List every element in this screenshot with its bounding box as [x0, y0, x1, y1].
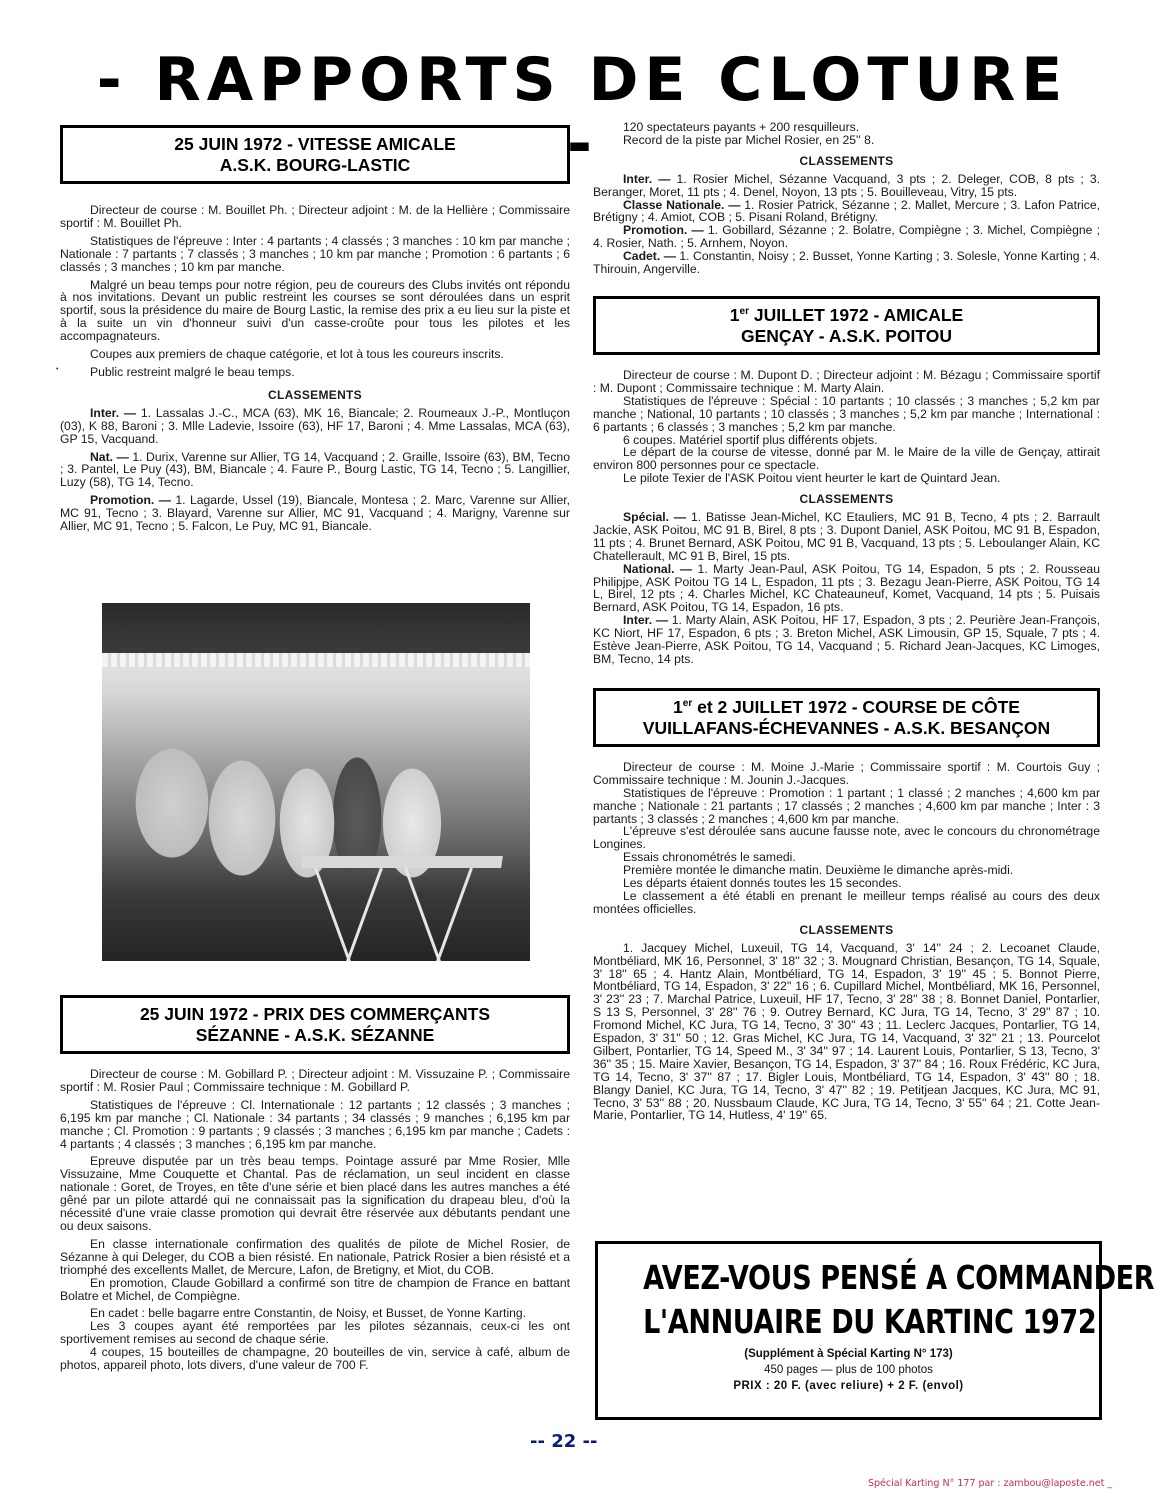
classement-category: National. — [623, 562, 692, 576]
classement-results: 1. Rosier Michel, Sézanne Vacquand, 3 pt… [593, 172, 1100, 199]
report-paragraph: Le pilote Texier de l'ASK Poitou vient h… [593, 472, 1100, 485]
report-paragraph: Malgré un beau temps pour notre région, … [60, 279, 570, 344]
statistics-paragraph: Statistiques de l'épreuve : Spécial : 10… [593, 395, 1100, 434]
classement-category: Nat. — [90, 450, 129, 464]
report-paragraph: L'épreuve s'est déroulée sans aucune fau… [593, 825, 1100, 851]
classements-heading: CLASSEMENTS [60, 389, 570, 402]
photo-roof-detail [102, 653, 530, 667]
page-title: - RAPPORTS DE CLOTURE - [95, 48, 1070, 112]
event-header-box: 1er et 2 JUILLET 1972 - COURSE DE CÔTE V… [593, 688, 1100, 747]
statistics-paragraph: Statistiques de l'épreuve : Cl. Internat… [60, 1099, 570, 1151]
classement-category: Promotion. — [623, 223, 704, 237]
event-bourg-lastic: 25 JUIN 1972 - VITESSE AMICALE A.S.K. BO… [60, 125, 570, 533]
event-header-line1: 1er et 2 JUILLET 1972 - COURSE DE CÔTE [600, 697, 1093, 718]
classement-results: 1. Marty Alain, ASK Poitou, HF 17, Espad… [593, 613, 1100, 666]
group-photo [102, 603, 530, 961]
photo-table-leg [404, 868, 443, 961]
classement-entry: Classe Nationale. — 1. Rosier Patrick, S… [593, 199, 1100, 225]
right-column: 120 spectateurs payants + 200 resquilleu… [593, 121, 1100, 1122]
page-number: -- 22 -- [530, 1431, 630, 1452]
report-paragraph: Epreuve disputée par un très beau temps.… [60, 1155, 570, 1232]
event-header-line2: VUILLAFANS-ÉCHEVANNES - A.S.K. BESANÇON [600, 718, 1093, 739]
event-header-box: 25 JUIN 1972 - PRIX DES COMMERÇANTS SÉZA… [60, 995, 570, 1054]
classement-entry: Inter. — 1. Marty Alain, ASK Poitou, HF … [593, 614, 1100, 666]
event-gencay: 1er JUILLET 1972 - AMICALE GENÇAY - A.S.… [593, 296, 1100, 666]
event-header-box: 1er JUILLET 1972 - AMICALE GENÇAY - A.S.… [593, 296, 1100, 355]
report-paragraph: Record de la piste par Michel Rosier, en… [593, 134, 1100, 147]
officials-paragraph: Directeur de course : M. Gobillard P. ; … [60, 1068, 570, 1094]
classement-entry: Inter. — 1. Rosier Michel, Sézanne Vacqu… [593, 173, 1100, 199]
report-paragraph: 4 coupes, 15 bouteilles de champagne, 20… [60, 1346, 570, 1372]
event-vuillafans: 1er et 2 JUILLET 1972 - COURSE DE CÔTE V… [593, 688, 1100, 1122]
classement-category: Spécial. — [623, 510, 686, 524]
statistics-paragraph: Statistiques de l'épreuve : Inter : 4 pa… [60, 235, 570, 274]
margin-mark: • [56, 366, 58, 373]
photo-table-leg [314, 868, 353, 961]
event-body: Directeur de course : M. Bouillet Ph. ; … [60, 204, 570, 533]
officials-paragraph: Directeur de course : M. Bouillet Ph. ; … [60, 204, 570, 230]
officials-paragraph: Directeur de course : M. Dupont D. ; Dir… [593, 369, 1100, 395]
event-sezanne-continued: 120 spectateurs payants + 200 resquilleu… [593, 121, 1100, 276]
left-column: 25 JUIN 1972 - VITESSE AMICALE A.S.K. BO… [60, 125, 570, 533]
classement-entry: Cadet. — 1. Constantin, Noisy ; 2. Busse… [593, 250, 1100, 276]
event-body: Directeur de course : M. Gobillard P. ; … [60, 1068, 570, 1372]
classement-category: Inter. — [623, 172, 670, 186]
classements-heading: CLASSEMENTS [593, 924, 1100, 937]
event-header-line1: 25 JUIN 1972 - PRIX DES COMMERÇANTS [67, 1004, 563, 1025]
classement-category: Cadet. — [623, 249, 676, 263]
statistics-paragraph: Statistiques de l'épreuve : Promotion : … [593, 787, 1100, 826]
report-paragraph: Le départ de la course de vitesse, donné… [593, 446, 1100, 472]
classement-category: Inter. — [90, 406, 136, 420]
photo-table-detail [301, 856, 503, 868]
ad-supplement-note: (Supplément à Spécial Karting N° 173) [598, 1348, 1099, 1360]
event-header-line2: A.S.K. BOURG-LASTIC [67, 155, 563, 176]
report-paragraph: Le classement a été établi en prenant le… [593, 890, 1100, 916]
footer-credit: Spécial Karting N° 177 par : zambou@lapo… [868, 1478, 1112, 1489]
classement-entry: Spécial. — 1. Batisse Jean-Michel, KC Et… [593, 511, 1100, 563]
event-header-line2: SÉZANNE - A.S.K. SÉZANNE [67, 1025, 563, 1046]
classement-category: Inter. — [623, 613, 668, 627]
report-paragraph: En promotion, Claude Gobillard a confirm… [60, 1277, 570, 1303]
report-paragraph: Les 3 coupes ayant été remportées par le… [60, 1320, 570, 1346]
classements-heading: CLASSEMENTS [593, 155, 1100, 168]
classement-entry: Promotion. — 1. Lagarde, Ussel (19), Bia… [60, 494, 570, 533]
classement-results: 1. Lassalas J.-C., MCA (63), MK 16, Bian… [60, 406, 570, 446]
report-paragraph: Public restreint malgré le beau temps. [60, 366, 570, 379]
event-header-box: 25 JUIN 1972 - VITESSE AMICALE A.S.K. BO… [60, 125, 570, 184]
classement-category: Classe Nationale. — [623, 198, 740, 212]
ad-headline-line1: AVEZ-VOUS PENSÉ A COMMANDER [643, 1256, 1054, 1300]
event-header-line1: 25 JUIN 1972 - VITESSE AMICALE [67, 134, 563, 155]
photo-table-leg [344, 868, 383, 961]
classement-results: 1. Jacquey Michel, Luxeuil, TG 14, Vacqu… [593, 942, 1100, 1123]
classements-heading: CLASSEMENTS [593, 493, 1100, 506]
event-header-line1: 1er JUILLET 1972 - AMICALE [600, 305, 1093, 326]
classement-results: 1. Durix, Varenne sur Allier, TG 14, Vac… [60, 450, 570, 490]
event-body: Directeur de course : M. Moine J.-Marie … [593, 761, 1100, 1122]
classement-entry: Inter. — 1. Lassalas J.-C., MCA (63), MK… [60, 407, 570, 446]
event-header-line2: GENÇAY - A.S.K. POITOU [600, 326, 1093, 347]
ad-price: PRIX : 20 F. (avec reliure) + 2 F. (envo… [598, 1380, 1099, 1392]
officials-paragraph: Directeur de course : M. Moine J.-Marie … [593, 761, 1100, 787]
report-paragraph: En classe internationale confirmation de… [60, 1238, 570, 1277]
annuaire-advertisement: AVEZ-VOUS PENSÉ A COMMANDER L'ANNUAIRE D… [595, 1241, 1102, 1420]
classement-category: Promotion. — [90, 493, 171, 507]
event-sezanne: 25 JUIN 1972 - PRIX DES COMMERÇANTS SÉZA… [60, 995, 570, 1372]
ad-headline-line2: L'ANNUAIRE DU KARTINC 1972 [643, 1300, 1054, 1344]
classement-entry: Nat. — 1. Durix, Varenne sur Allier, TG … [60, 451, 570, 490]
classement-entry: National. — 1. Marty Jean-Paul, ASK Poit… [593, 563, 1100, 615]
report-paragraph: Coupes aux premiers de chaque catégorie,… [60, 348, 570, 361]
report-paragraph: 120 spectateurs payants + 200 resquilleu… [593, 121, 1100, 134]
photo-table-leg [434, 868, 473, 961]
classement-entry: Promotion. — 1. Gobillard, Sézanne ; 2. … [593, 224, 1100, 250]
ad-page-count: 450 pages — plus de 100 photos [598, 1364, 1099, 1376]
event-body: Directeur de course : M. Dupont D. ; Dir… [593, 369, 1100, 666]
